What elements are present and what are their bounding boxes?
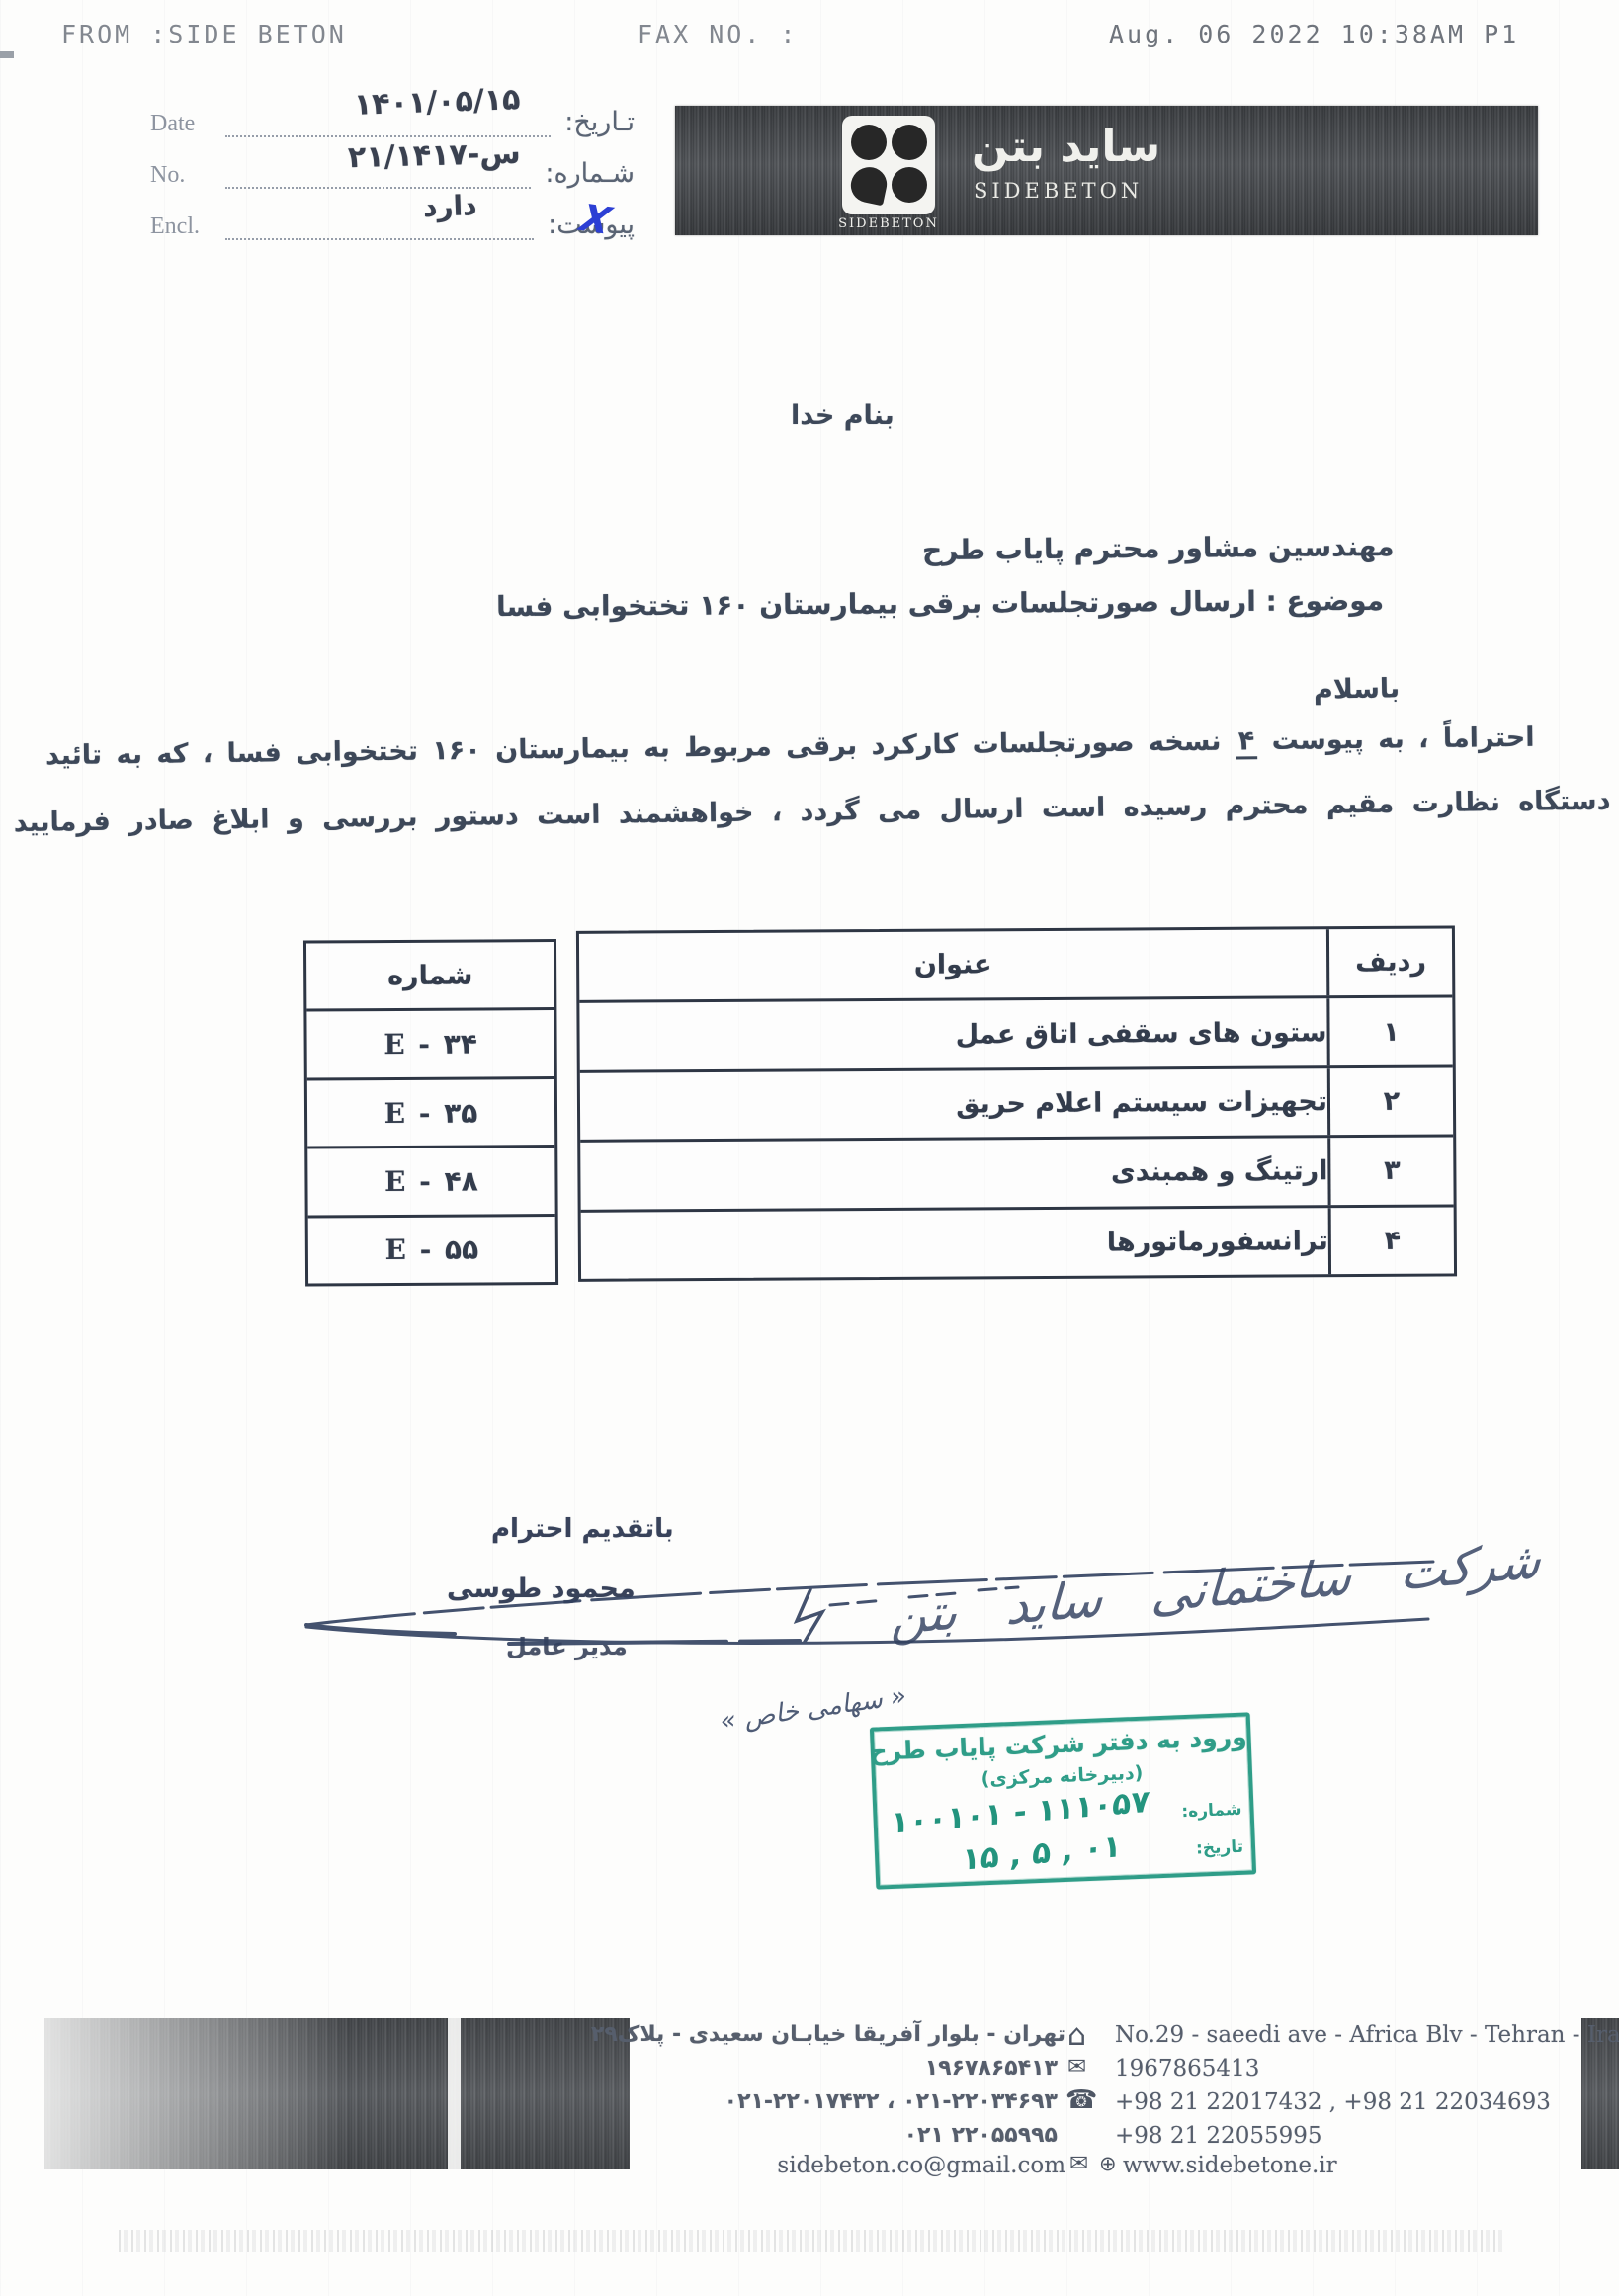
sidebeton-logo-icon bbox=[842, 116, 935, 214]
postal-code-fa: ۱۹۶۷۸۶۵۴۱۳ bbox=[925, 2056, 1058, 2081]
postal-icon: ✉ bbox=[1067, 2054, 1086, 2080]
number-column-box: شماره E - ۳۴ E - ۳۵ E - ۴۸ E - ۵۵ bbox=[303, 939, 558, 1287]
company-name-en: SIDEBETON bbox=[974, 179, 1143, 203]
house-icon: ⌂ bbox=[1067, 2018, 1086, 2053]
signature-scrawl bbox=[277, 1540, 1463, 1688]
title-row-column-box: عنوان ردیف ستون های سقفی اتاق عمل ۱ تجهی… bbox=[576, 925, 1457, 1281]
date-value-handwritten: ۱۴۰۱/۰۵/۱۵ bbox=[353, 82, 521, 123]
table-row: تجهیزات سیستم اعلام حریق ۲ bbox=[580, 1064, 1453, 1140]
row-title: ترانسفورماتورها bbox=[1081, 1226, 1328, 1258]
email-address: sidebeton.co@gmail.com bbox=[777, 2153, 1065, 2178]
minutes-table: شماره E - ۳۴ E - ۳۵ E - ۴۸ E - ۵۵ عنوان … bbox=[296, 925, 1464, 1288]
row-number: ۱ bbox=[1383, 1016, 1400, 1047]
logo-blob bbox=[848, 164, 891, 207]
enclosure-dotted-line bbox=[225, 222, 534, 240]
date-label-en: Date bbox=[150, 111, 221, 137]
header-row-no: ردیف bbox=[1355, 947, 1426, 978]
body-line-2: دستگاه نظارت مقیم محترم رسیده است ارسال … bbox=[0, 786, 1611, 839]
postal-code-en: 1967865413 bbox=[1115, 2056, 1259, 2082]
body-line-1-post: نسخه صورتجلسات کارکرد برقی مربوط به بیما… bbox=[45, 725, 1236, 771]
logo-band: SIDEBETON ساید بتن SIDEBETON bbox=[675, 106, 1538, 235]
row-title: ارتینگ و همبندی bbox=[1085, 1156, 1328, 1188]
stamp-number-label: شماره: bbox=[1181, 1800, 1242, 1822]
number-value-handwritten: س-۲۱/۱۴۱۷ bbox=[348, 136, 522, 176]
scan-band-left bbox=[44, 2018, 630, 2169]
body-line-1: احتراماً ، به پیوست ۴ نسخه صورتجلسات کار… bbox=[45, 723, 1535, 771]
doc-number: E - ۳۴ bbox=[383, 1028, 477, 1062]
logo-blob bbox=[892, 125, 927, 160]
globe-icon: ⊕ bbox=[1099, 2152, 1117, 2175]
phones-fa: ۰۲۱-۲۲۰۱۷۴۳۲ ، ۰۲۱-۲۲۰۳۴۶۹۳ bbox=[724, 2089, 1058, 2114]
table-row: ارتینگ و همبندی ۳ bbox=[580, 1135, 1453, 1210]
phone2-fa: ۰۲۱ ۲۲۰۵۵۹۹۵ bbox=[904, 2123, 1058, 2148]
stamp-date-label: تاریخ: bbox=[1196, 1837, 1244, 1859]
body-line-1-pre: احتراماً ، به پیوست bbox=[1258, 723, 1536, 756]
attachment-count: ۴ bbox=[1236, 725, 1258, 759]
date-label-fa: تـاریخ: bbox=[564, 107, 635, 137]
company-name-fa: ساید بتن bbox=[972, 122, 1160, 172]
row-number: ۳ bbox=[1384, 1155, 1401, 1186]
logo-blob bbox=[851, 125, 887, 160]
table-row: ستون های سقفی اتاق عمل ۱ bbox=[579, 995, 1452, 1070]
recipient-line: مهندسین مشاور محترم پایاب طرح bbox=[921, 530, 1394, 566]
table-header-row: عنوان ردیف bbox=[579, 928, 1452, 1000]
enclosure-value-handwritten: دارد bbox=[422, 189, 477, 223]
row-number: ۴ bbox=[1384, 1226, 1401, 1256]
enclosure-row: Encl. پیوست: bbox=[150, 210, 637, 240]
website-url: www.sidebetone.ir bbox=[1123, 2153, 1337, 2178]
address-fa: تهران - بلوار آفریقا خیابـان سعیدی - پلا… bbox=[591, 2022, 1065, 2047]
mail-icon: ✉ bbox=[1069, 2151, 1088, 2176]
number-label-fa: شـماره: bbox=[545, 158, 635, 189]
header-title: عنوان bbox=[914, 950, 992, 980]
scan-speck bbox=[0, 51, 14, 58]
row-number: ۲ bbox=[1384, 1086, 1401, 1117]
header-number: شماره bbox=[387, 960, 472, 991]
fax-number-label: FAX NO. : bbox=[638, 20, 798, 48]
logo-caption: SIDEBETON bbox=[823, 216, 954, 231]
phones-en: +98 21 22017432 , +98 21 22034693 bbox=[1115, 2089, 1551, 2115]
doc-number: E - ۴۸ bbox=[384, 1164, 478, 1198]
bismillah: بنام خدا bbox=[791, 400, 895, 431]
address-en: No.29 - saeedi ave - Africa Blv - Tehran… bbox=[1115, 2022, 1619, 2048]
number-label-en: No. bbox=[150, 162, 221, 189]
date-dotted-line bbox=[225, 120, 551, 137]
fax-document-page: FROM :SIDE BETON FAX NO. : Aug. 06 2022 … bbox=[0, 0, 1619, 2296]
salutation: باسلام bbox=[1314, 673, 1401, 706]
table-row: ترانسفورماتورها ۴ bbox=[581, 1204, 1454, 1279]
scan-smear bbox=[119, 2230, 1502, 2252]
row-title: ستون های سقفی اتاق عمل bbox=[930, 1017, 1327, 1050]
logo-blob bbox=[892, 167, 927, 203]
phone-icon: ☎ bbox=[1065, 2085, 1097, 2115]
doc-number: E - ۵۵ bbox=[384, 1233, 478, 1267]
phone2-en: +98 21 22055995 bbox=[1115, 2123, 1322, 2149]
fax-from-line: FROM :SIDE BETON bbox=[61, 20, 347, 48]
enclosure-label-en: Encl. bbox=[150, 213, 221, 240]
fax-timestamp: Aug. 06 2022 10:38AM P1 bbox=[1109, 20, 1519, 48]
subject-line: موضوع : ارسال صورتجلسات برقی بیمارستان ۱… bbox=[496, 584, 1384, 623]
stamp-date-handwritten: ۱۵ , ۵ , ۰۱ bbox=[961, 1828, 1122, 1878]
received-stamp: ورود به دفتر شرکت پایاب طرح (دبیرخانه مر… bbox=[870, 1712, 1256, 1889]
row-title: تجهیزات سیستم اعلام حریق bbox=[930, 1086, 1327, 1119]
doc-number: E - ۳۵ bbox=[384, 1096, 478, 1130]
